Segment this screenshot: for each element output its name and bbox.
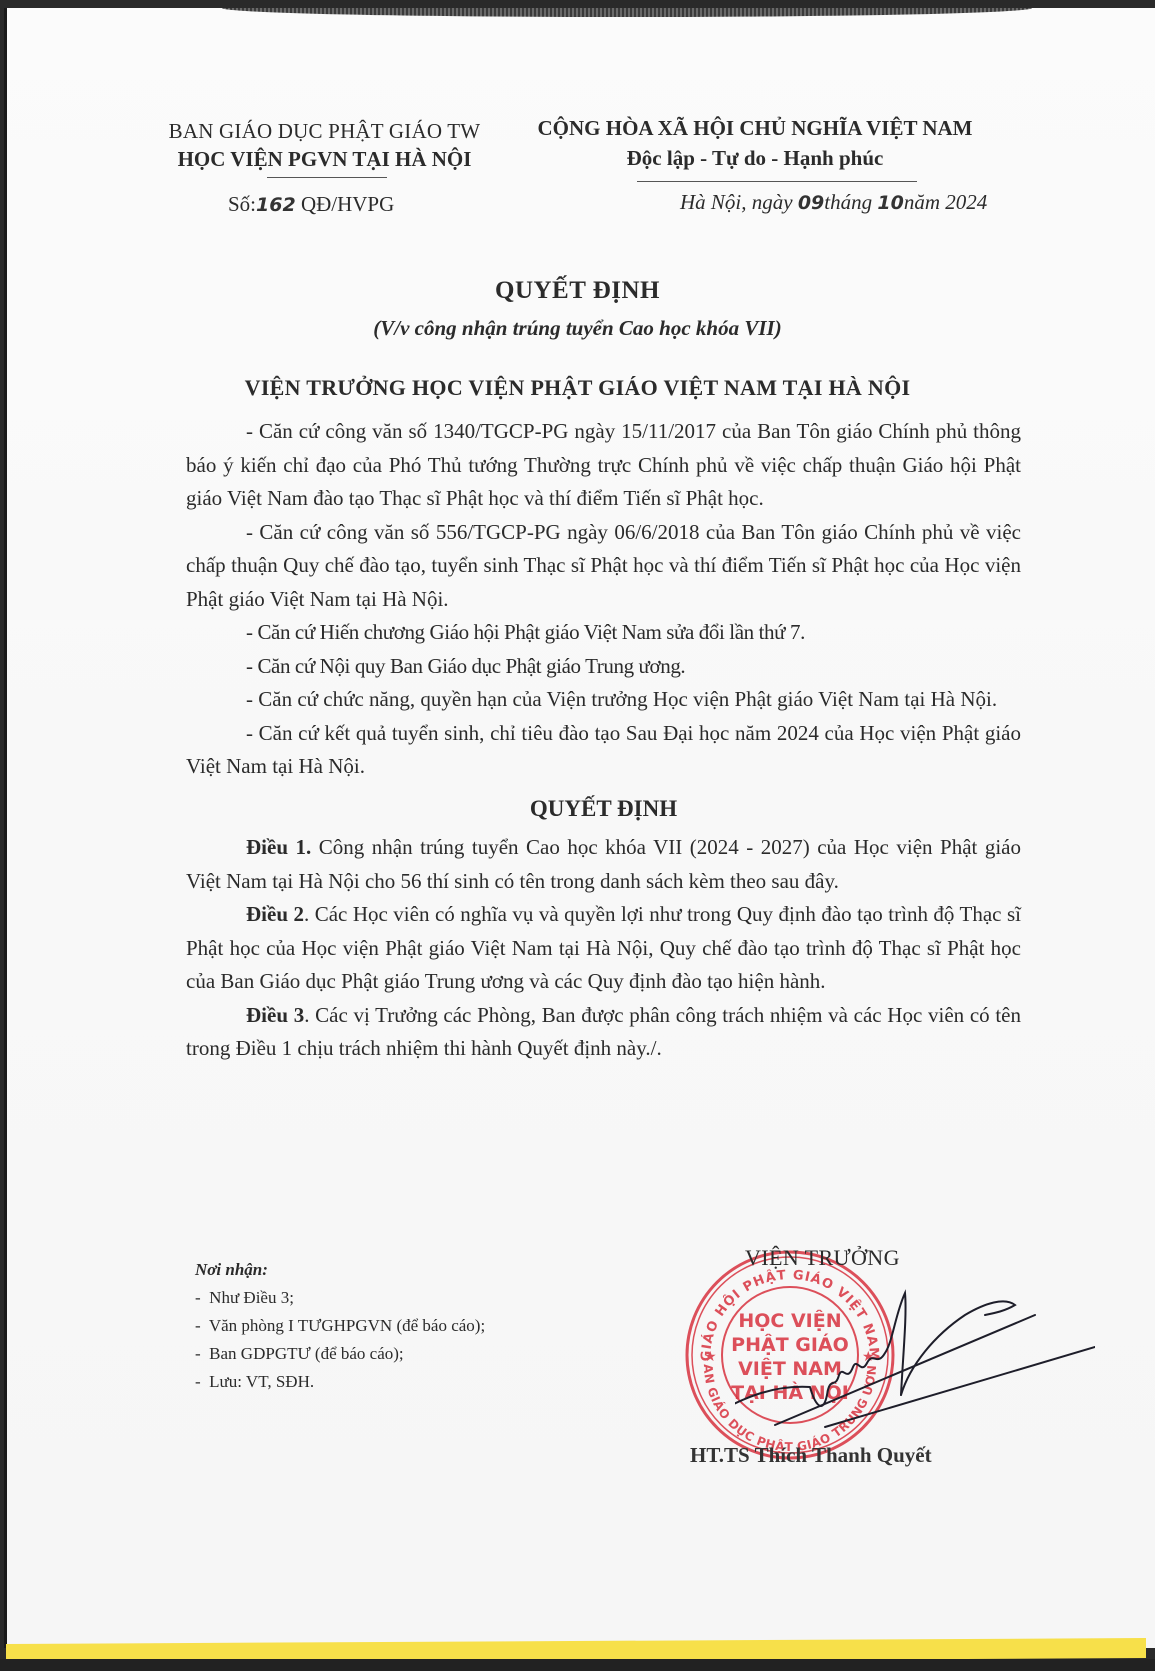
- motto-underline: [637, 181, 917, 182]
- article-1: Điều 1. Công nhận trúng tuyển Cao học kh…: [186, 831, 1021, 898]
- date-place: Hà Nội, ngày: [680, 190, 798, 214]
- background-edge: [0, 1659, 1155, 1671]
- agency-parent: BAN GIÁO DỤC PHẬT GIÁO TW: [152, 117, 497, 145]
- recipients-heading: Nơi nhận:: [195, 1256, 485, 1284]
- issuing-agency: BAN GIÁO DỤC PHẬT GIÁO TW HỌC VIỆN PGVN …: [152, 117, 497, 173]
- recipient-item: Như Điều 3;: [195, 1284, 485, 1312]
- article-1-text: Công nhận trúng tuyển Cao học khóa VII (…: [186, 835, 1021, 893]
- ground-3: - Căn cứ Hiến chương Giáo hội Phật giáo …: [186, 616, 1021, 650]
- ground-4: - Căn cứ Nội quy Ban Giáo dục Phật giáo …: [186, 650, 1021, 684]
- number-suffix: QĐ/HVPG: [301, 192, 394, 216]
- ground-1: - Căn cứ công văn số 1340/TGCP-PG ngày 1…: [186, 415, 1021, 516]
- ground-2: - Căn cứ công văn số 556/TGCP-PG ngày 06…: [186, 516, 1021, 617]
- binder-edge: [222, 8, 1032, 17]
- recipients-block: Nơi nhận: Như Điều 3; Văn phòng I TƯGHPG…: [195, 1256, 485, 1396]
- recipients-list: Như Điều 3; Văn phòng I TƯGHPGVN (để báo…: [195, 1284, 485, 1396]
- agency-underline: [267, 177, 387, 178]
- article-3: Điều 3. Các vị Trưởng các Phòng, Ban đượ…: [186, 999, 1021, 1066]
- national-heading: CỘNG HÒA XÃ HỘI CHỦ NGHĨA VIỆT NAM Độc l…: [520, 113, 990, 173]
- number-prefix: Số:: [228, 192, 256, 216]
- date-month-label: tháng: [824, 190, 877, 214]
- recipient-item: Lưu: VT, SĐH.: [195, 1368, 485, 1396]
- date-day: 09: [798, 192, 824, 214]
- issuing-authority: VIỆN TRƯỞNG HỌC VIỆN PHẬT GIÁO VIỆT NAM …: [0, 375, 1155, 401]
- article-2-label: Điều 2: [246, 902, 304, 926]
- ground-5: - Căn cứ chức năng, quyền hạn của Viện t…: [186, 683, 1021, 717]
- article-2-text: . Các Học viên có nghĩa vụ và quyền lợi …: [186, 902, 1021, 993]
- recipient-item: Ban GDPGTƯ (để báo cáo);: [195, 1340, 485, 1368]
- decision-heading: QUYẾT ĐỊNH: [186, 792, 1021, 826]
- issue-date: Hà Nội, ngày 09tháng 10năm 2024: [680, 190, 987, 215]
- national-name: CỘNG HÒA XÃ HỘI CHỦ NGHĨA VIỆT NAM: [520, 113, 990, 143]
- document-number: Số:162 QĐ/HVPG: [228, 192, 394, 217]
- date-month: 10: [877, 192, 903, 214]
- agency-name: HỌC VIỆN PGVN TẠI HÀ NỘI: [152, 145, 497, 173]
- signatory-title: VIỆN TRƯỞNG: [745, 1245, 900, 1271]
- recipient-item: Văn phòng I TƯGHPGVN (để báo cáo);: [195, 1312, 485, 1340]
- svg-text:★: ★: [704, 1349, 717, 1365]
- document-subject: (V/v công nhận trúng tuyển Cao học khóa …: [0, 316, 1155, 341]
- article-1-label: Điều 1.: [246, 835, 311, 859]
- signatory-name: HT.TS Thích Thanh Quyết: [690, 1443, 932, 1468]
- article-3-text: . Các vị Trưởng các Phòng, Ban được phân…: [186, 1003, 1021, 1061]
- handwritten-signature-icon: [735, 1275, 1095, 1435]
- article-3-label: Điều 3: [246, 1003, 304, 1027]
- date-year: năm 2024: [904, 190, 987, 214]
- national-motto: Độc lập - Tự do - Hạnh phúc: [520, 143, 990, 173]
- ground-6: - Căn cứ kết quả tuyển sinh, chỉ tiêu đà…: [186, 717, 1021, 784]
- number-handwritten: 162: [256, 194, 296, 216]
- document-body: - Căn cứ công văn số 1340/TGCP-PG ngày 1…: [186, 415, 1021, 1066]
- document-title: QUYẾT ĐỊNH: [0, 277, 1155, 305]
- article-2: Điều 2. Các Học viên có nghĩa vụ và quyề…: [186, 898, 1021, 999]
